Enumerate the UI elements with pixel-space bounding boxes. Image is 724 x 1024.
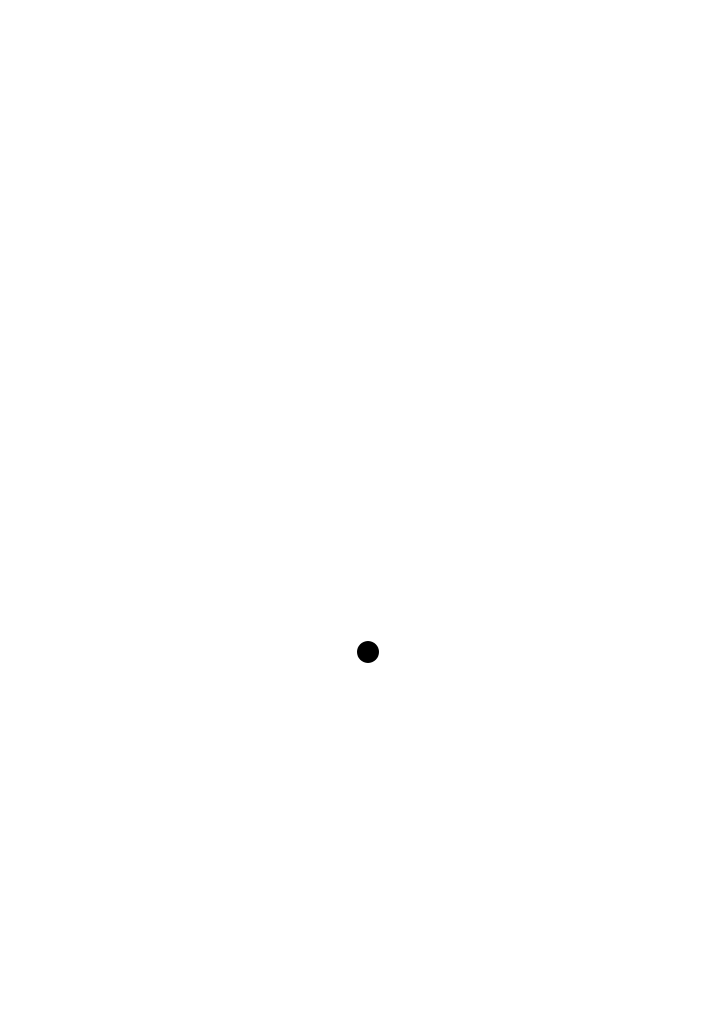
black-blot-icon <box>357 641 379 663</box>
garbled-document-page <box>0 0 724 1024</box>
